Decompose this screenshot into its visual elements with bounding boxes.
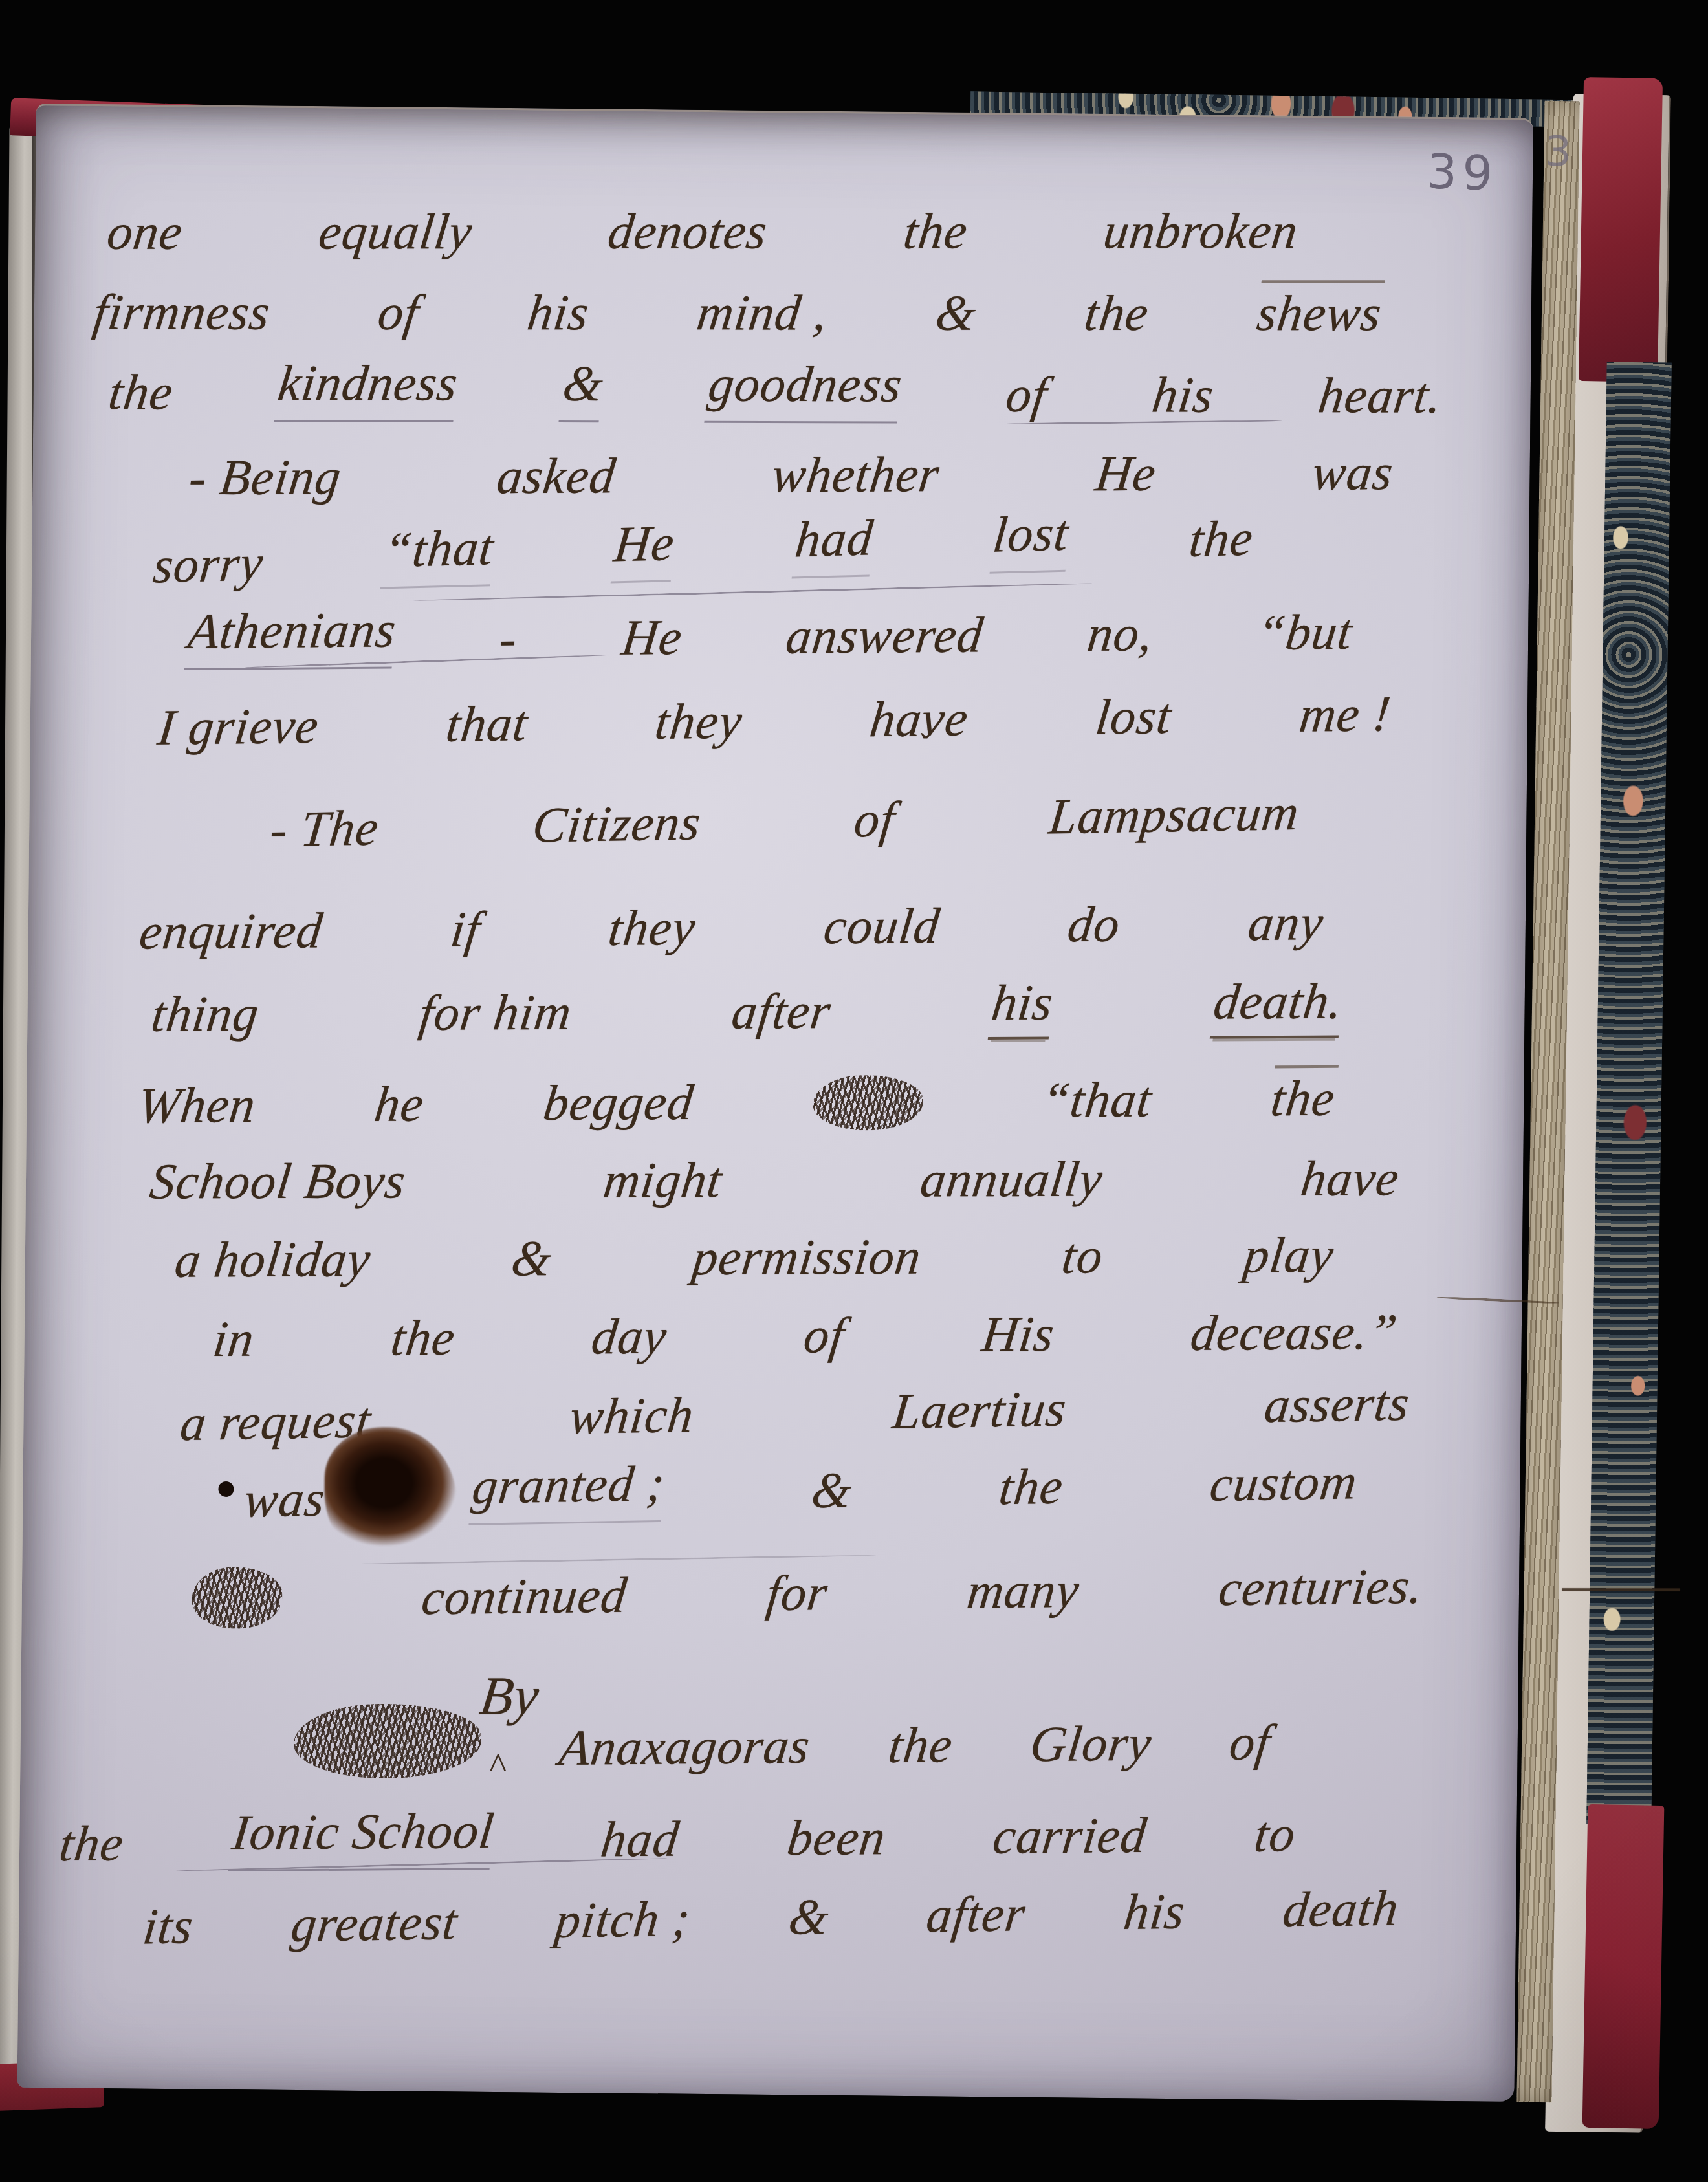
word: had: [792, 508, 876, 578]
word: a holiday: [172, 1230, 374, 1289]
word: custom: [1207, 1452, 1361, 1513]
word: of: [1227, 1713, 1274, 1772]
word: have: [1298, 1149, 1403, 1207]
word: kindness: [274, 354, 462, 422]
handwriting-layer: oneequallydenotestheunbrokenfirmnessofhi…: [17, 105, 1533, 2102]
word: which: [567, 1386, 697, 1446]
word: me !: [1297, 684, 1394, 744]
word: lost: [1093, 687, 1175, 746]
word: &: [809, 1461, 855, 1520]
word: School Boys: [147, 1152, 409, 1211]
word: centuries.: [1216, 1557, 1426, 1618]
word: they: [653, 692, 746, 751]
scribbled-out-word: [813, 1075, 923, 1131]
word: no,: [1084, 604, 1156, 663]
word: for him: [417, 983, 575, 1042]
word: whether: [769, 445, 943, 504]
word: to: [1252, 1805, 1299, 1864]
word: do: [1065, 895, 1123, 954]
handwritten-line: AnaxagorastheGloryof: [293, 1692, 1271, 1779]
word: thing: [148, 985, 262, 1043]
handwritten-line: firmnessofhismind ,&theshews: [94, 263, 1381, 343]
word: the: [1082, 284, 1152, 342]
word: Ionic School: [228, 1802, 497, 1871]
word: the: [105, 363, 177, 421]
word: enquired: [137, 901, 326, 961]
word: was: [241, 1470, 328, 1529]
word: heart.: [1315, 366, 1445, 424]
handwritten-line: theIonic Schoolhadbeencarriedto: [60, 1784, 1296, 1873]
word: When: [135, 1076, 259, 1135]
handwritten-line: I grievethattheyhavelostme !: [157, 664, 1390, 757]
word: He: [619, 608, 685, 667]
word: &: [509, 1229, 555, 1287]
word: play: [1240, 1226, 1337, 1285]
word: the: [56, 1814, 127, 1873]
word: “that: [380, 518, 497, 589]
manuscript-page: 39 oneequallydenotestheunbrokenfirmnesso…: [17, 104, 1533, 2102]
word: in: [210, 1310, 257, 1368]
scribbled-out-word: [192, 1567, 283, 1630]
word: been: [784, 1808, 889, 1867]
ink-dot: [218, 1481, 234, 1497]
word: his: [1121, 1882, 1188, 1941]
word: his: [1149, 366, 1217, 424]
word: many: [964, 1561, 1082, 1620]
word: could: [821, 897, 943, 955]
caret-mark: ^: [488, 1745, 504, 1787]
red-cover-top-right: [1579, 77, 1663, 382]
word: Laertius: [890, 1379, 1069, 1441]
word: shews: [1254, 280, 1385, 342]
word: Citizens: [530, 793, 704, 854]
word: He: [611, 514, 677, 584]
word: —: [1560, 1555, 1683, 1613]
handwritten-line: oneequallydenotestheunbroken: [107, 181, 1298, 261]
word: might: [600, 1151, 725, 1210]
word: asserts: [1262, 1374, 1412, 1435]
word: day: [589, 1307, 670, 1366]
handwritten-line: itsgreatestpitch ;&afterhisdeath: [142, 1859, 1399, 1956]
word: the: [1268, 1065, 1339, 1128]
word: of: [851, 790, 898, 849]
word: that: [443, 694, 531, 754]
word: goodness: [704, 355, 906, 424]
handwritten-line: a holiday&permissiontoplay: [175, 1205, 1334, 1289]
word: “but: [1254, 603, 1355, 662]
word: His: [979, 1305, 1058, 1364]
word: death: [1280, 1879, 1401, 1939]
word: &: [785, 1888, 831, 1947]
word: of: [1003, 365, 1051, 424]
word: carried: [991, 1806, 1150, 1866]
manuscript-photo: 39 oneequallydenotestheunbrokenfirmnesso…: [0, 0, 1708, 2182]
handwritten-line: thekindness&goodnessofhisheart.: [109, 342, 1442, 424]
word: after: [924, 1884, 1029, 1944]
word: the: [901, 202, 971, 261]
word: he: [372, 1075, 428, 1133]
scribbled-out-word: [293, 1703, 481, 1779]
handwritten-line: School Boysmightannuallyhave: [150, 1129, 1399, 1211]
handwritten-line: thingfor himafterhisdeath.: [151, 959, 1342, 1043]
word: any: [1245, 893, 1327, 952]
word: greatest: [288, 1893, 460, 1954]
word: - Being: [186, 448, 344, 507]
word: lost: [990, 503, 1072, 573]
word: one: [104, 203, 186, 261]
word: Glory: [1027, 1714, 1155, 1774]
caret-mark: ˇ: [917, 726, 930, 767]
word: &: [933, 284, 980, 342]
word: his: [988, 974, 1057, 1040]
word: the: [996, 1457, 1066, 1517]
word: Lampsacum: [1046, 783, 1302, 846]
word: continued: [419, 1566, 630, 1627]
word: firmness: [91, 283, 274, 342]
word: if: [448, 900, 484, 958]
word: - The: [267, 798, 382, 858]
handwritten-line: enquirediftheycoulddoany: [140, 873, 1324, 961]
word: answered: [783, 606, 987, 665]
word: his: [525, 283, 593, 342]
word: the: [885, 1716, 956, 1774]
word: equally: [316, 202, 476, 261]
page-number-behind: 3: [1544, 128, 1571, 177]
word: they: [606, 899, 699, 957]
word: after: [729, 982, 835, 1041]
word: to: [1058, 1227, 1106, 1285]
word: pitch ;: [553, 1890, 694, 1950]
word: its: [140, 1897, 196, 1956]
word: annually: [917, 1150, 1106, 1209]
word: of: [375, 283, 423, 342]
word: mind ,: [694, 283, 831, 342]
word: death.: [1210, 972, 1346, 1039]
handwritten-line: inthedayofHisdecease.”: [213, 1282, 1398, 1368]
word: &: [558, 355, 607, 422]
word: was: [1309, 443, 1396, 502]
word: for: [763, 1564, 831, 1622]
word: of: [801, 1306, 848, 1364]
word: sorry: [151, 534, 266, 595]
word: begged: [540, 1073, 697, 1132]
word: permission: [690, 1228, 925, 1287]
handwritten-line: Athenians-Heansweredno,“but: [188, 582, 1353, 670]
word: Athenians: [184, 600, 399, 670]
word: denotes: [605, 202, 771, 261]
handwritten-line: Whenhebegged“thatthe: [138, 1049, 1335, 1135]
handwritten-line: - TheCitizensofLampsacum: [270, 763, 1300, 858]
word: asked: [494, 446, 619, 505]
word: Anaxagoras: [556, 1717, 813, 1777]
word: “that: [1038, 1071, 1155, 1129]
word: granted ;: [469, 1454, 668, 1525]
word: the: [388, 1309, 459, 1368]
word: I grieve: [155, 697, 322, 757]
word: the: [1187, 508, 1256, 569]
word: unbroken: [1100, 202, 1302, 260]
red-cover-bottom-right: [1582, 1804, 1665, 2129]
